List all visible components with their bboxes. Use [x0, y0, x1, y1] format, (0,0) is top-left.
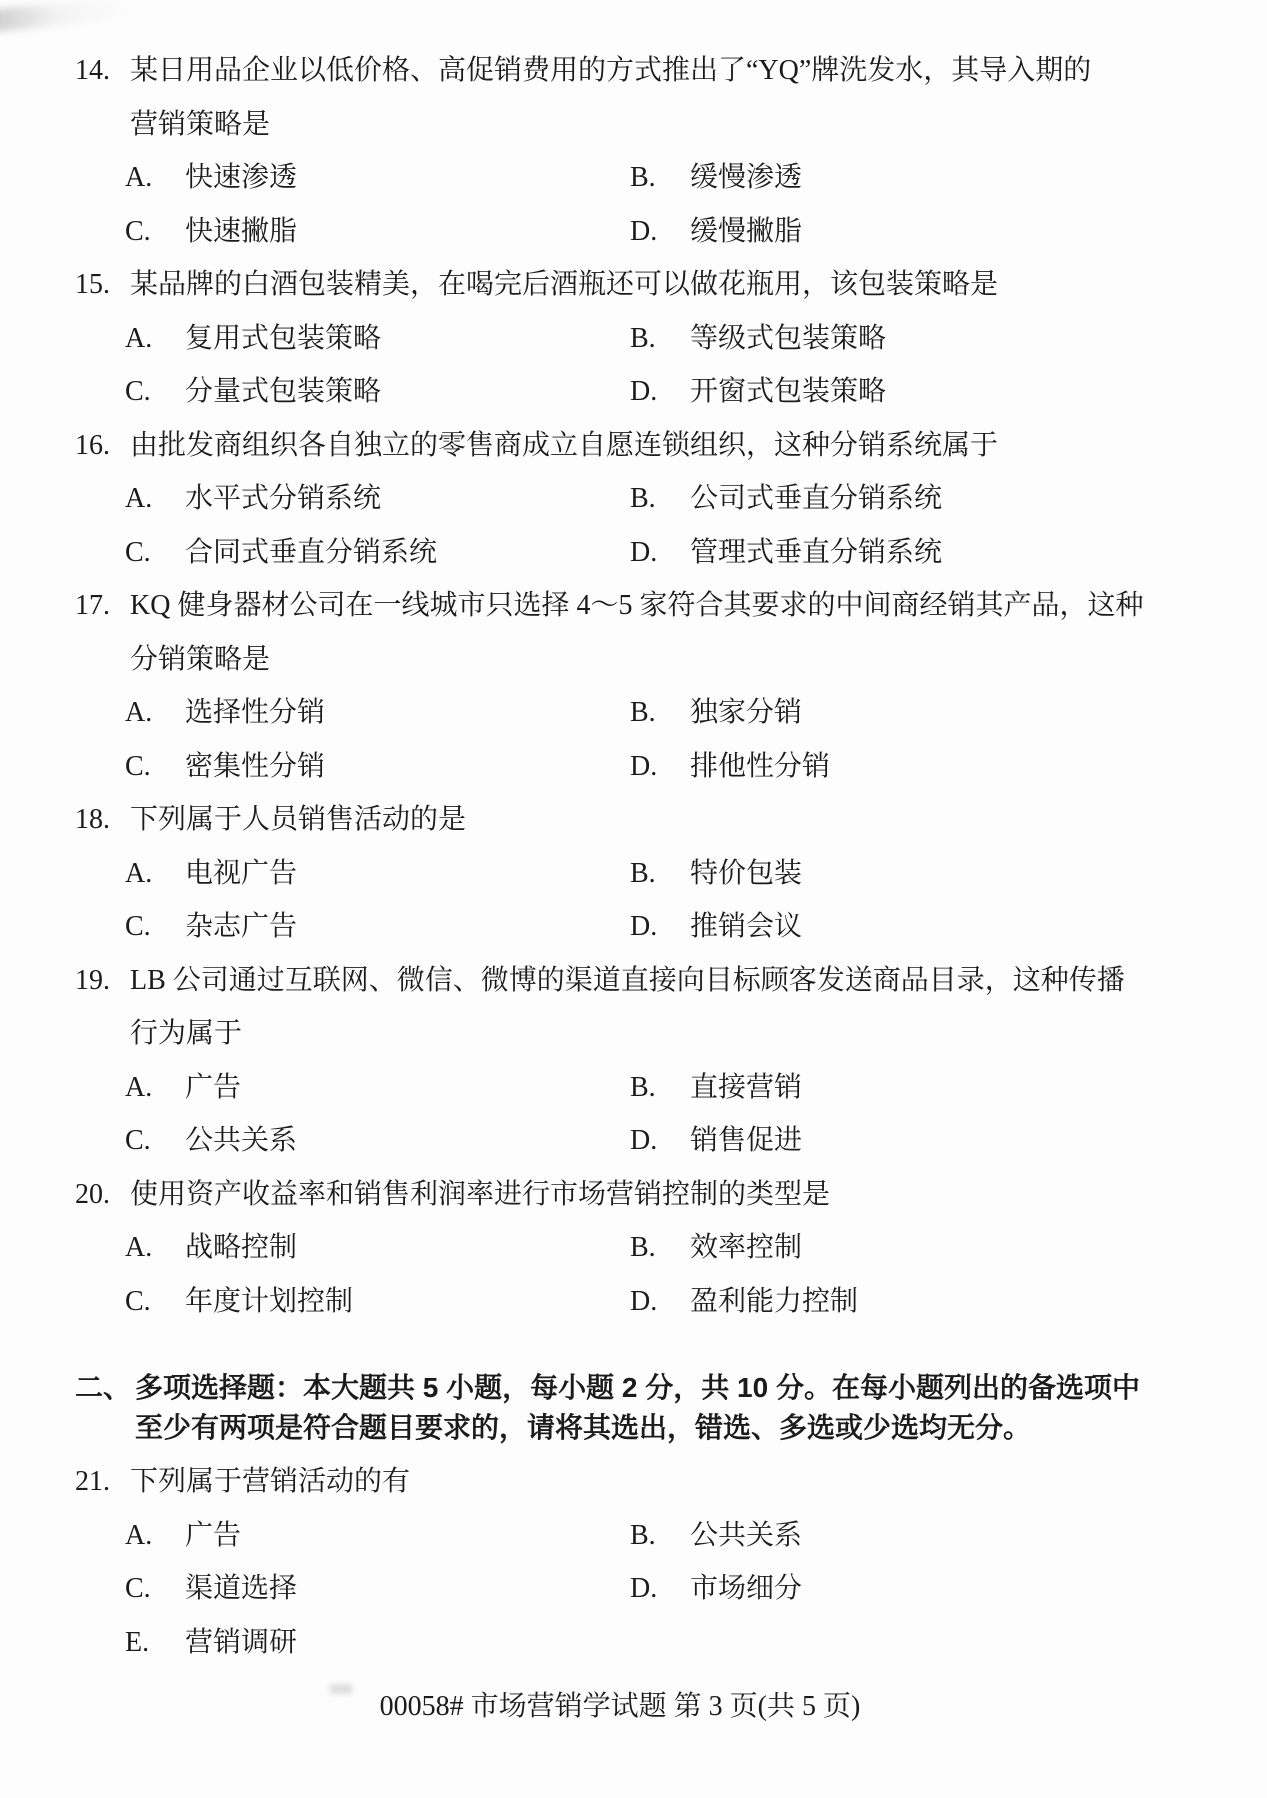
option-text: 杂志广告: [185, 900, 630, 954]
question-number: 19.: [75, 954, 130, 1061]
option-label: B.: [630, 151, 690, 205]
footer-text: 00058# 市场营销学试题 第 3 页(共 5 页): [380, 1691, 861, 1722]
question-text: 某日用品企业以低价格、高促销费用的方式推出了“YQ”牌洗发水，其导入期的 营销策…: [130, 44, 1185, 151]
options-row: A. 电视广告 B. 特价包装: [125, 847, 1185, 901]
exam-page: 14. 某日用品企业以低价格、高促销费用的方式推出了“YQ”牌洗发水，其导入期的…: [0, 0, 1267, 1798]
question-14: 14. 某日用品企业以低价格、高促销费用的方式推出了“YQ”牌洗发水，其导入期的…: [75, 44, 1185, 258]
option-label: D.: [630, 526, 690, 580]
option-14-b: B. 缓慢渗透: [630, 151, 1185, 205]
question-number: 20.: [75, 1168, 130, 1222]
page-footer: 00058# 市场营销学试题 第 3 页(共 5 页): [0, 1684, 1240, 1724]
option-text: 独家分销: [690, 686, 1185, 740]
option-label: C.: [125, 205, 185, 259]
options-row: C. 渠道选择 D. 市场细分: [125, 1562, 1185, 1616]
question-text: 某品牌的白酒包装精美，在喝完后酒瓶还可以做花瓶用，该包装策略是: [130, 258, 1185, 312]
option-label: D.: [630, 900, 690, 954]
option-text: 选择性分销: [185, 686, 630, 740]
question-15-options: A. 复用式包装策略 B. 等级式包装策略 C. 分量式包装策略 D.: [75, 312, 1185, 419]
option-text: 管理式垂直分销系统: [690, 526, 1185, 580]
option-label: B.: [630, 1061, 690, 1115]
question-18: 18. 下列属于人员销售活动的是 A. 电视广告 B. 特价包装 C.: [75, 793, 1185, 954]
option-text: 渠道选择: [185, 1562, 630, 1616]
options-row: A. 广告 B. 直接营销: [125, 1061, 1185, 1115]
option-text: 快速撇脂: [185, 205, 630, 259]
option-17-a: A. 选择性分销: [125, 686, 630, 740]
option-text: 特价包装: [690, 847, 1185, 901]
option-text: 密集性分销: [185, 740, 630, 794]
option-21-e: E. 营销调研: [125, 1616, 630, 1670]
option-19-c: C. 公共关系: [125, 1114, 630, 1168]
option-label: A.: [125, 1221, 185, 1275]
option-text: 广告: [185, 1061, 630, 1115]
option-14-a: A. 快速渗透: [125, 151, 630, 205]
options-row: A. 水平式分销系统 B. 公司式垂直分销系统: [125, 472, 1185, 526]
option-text: 盈利能力控制: [690, 1275, 1185, 1329]
question-14-options: A. 快速渗透 B. 缓慢渗透 C. 快速撇脂 D. 缓慢撇脂: [75, 151, 1185, 258]
options-row: C. 年度计划控制 D. 盈利能力控制: [125, 1275, 1185, 1329]
question-16: 16. 由批发商组织各自独立的零售商成立自愿连锁组织，这种分销系统属于 A. 水…: [75, 419, 1185, 580]
option-label: A.: [125, 847, 185, 901]
option-text: 公共关系: [185, 1114, 630, 1168]
option-text: 排他性分销: [690, 740, 1185, 794]
option-16-a: A. 水平式分销系统: [125, 472, 630, 526]
option-text: 复用式包装策略: [185, 312, 630, 366]
option-21-c: C. 渠道选择: [125, 1562, 630, 1616]
option-text: 战略控制: [185, 1221, 630, 1275]
options-row: C. 公共关系 D. 销售促进: [125, 1114, 1185, 1168]
option-label: C.: [125, 526, 185, 580]
option-16-c: C. 合同式垂直分销系统: [125, 526, 630, 580]
question-15-stem: 15. 某品牌的白酒包装精美，在喝完后酒瓶还可以做花瓶用，该包装策略是: [75, 258, 1185, 312]
option-text: 推销会议: [690, 900, 1185, 954]
options-row: A. 广告 B. 公共关系: [125, 1509, 1185, 1563]
option-19-b: B. 直接营销: [630, 1061, 1185, 1115]
options-row: C. 合同式垂直分销系统 D. 管理式垂直分销系统: [125, 526, 1185, 580]
question-number: 14.: [75, 44, 130, 151]
question-number: 21.: [75, 1455, 130, 1509]
option-label: A.: [125, 472, 185, 526]
question-19-stem: 19. LB 公司通过互联网、微信、微博的渠道直接向目标顾客发送商品目录，这种传…: [75, 954, 1185, 1061]
option-label: B.: [630, 1221, 690, 1275]
option-20-b: B. 效率控制: [630, 1221, 1185, 1275]
question-text: 使用资产收益率和销售利润率进行市场营销控制的类型是: [130, 1168, 1185, 1222]
option-text: 水平式分销系统: [185, 472, 630, 526]
question-17-options: A. 选择性分销 B. 独家分销 C. 密集性分销 D. 排他性: [75, 686, 1185, 793]
section-2-header: 二、 多项选择题：本大题共 5 小题，每小题 2 分，共 10 分。在每小题列出…: [75, 1368, 1185, 1448]
option-15-c: C. 分量式包装策略: [125, 365, 630, 419]
question-16-stem: 16. 由批发商组织各自独立的零售商成立自愿连锁组织，这种分销系统属于: [75, 419, 1185, 473]
option-label: C.: [125, 365, 185, 419]
question-17-stem: 17. KQ 健身器材公司在一线城市只选择 4～5 家符合其要求的中间商经销其产…: [75, 579, 1185, 686]
option-label: C.: [125, 740, 185, 794]
option-20-a: A. 战略控制: [125, 1221, 630, 1275]
option-text: 效率控制: [690, 1221, 1185, 1275]
option-text: 快速渗透: [185, 151, 630, 205]
option-label: D.: [630, 365, 690, 419]
question-20-options: A. 战略控制 B. 效率控制 C. 年度计划控制 D. 盈利能: [75, 1221, 1185, 1328]
options-row: C. 分量式包装策略 D. 开窗式包装策略: [125, 365, 1185, 419]
question-20-stem: 20. 使用资产收益率和销售利润率进行市场营销控制的类型是: [75, 1168, 1185, 1222]
option-18-c: C. 杂志广告: [125, 900, 630, 954]
option-text: 市场细分: [690, 1562, 1185, 1616]
option-text: 销售促进: [690, 1114, 1185, 1168]
option-text: 开窗式包装策略: [690, 365, 1185, 419]
option-label: D.: [630, 1275, 690, 1329]
option-text: 缓慢渗透: [690, 151, 1185, 205]
option-label: A.: [125, 151, 185, 205]
question-17: 17. KQ 健身器材公司在一线城市只选择 4～5 家符合其要求的中间商经销其产…: [75, 579, 1185, 793]
question-15: 15. 某品牌的白酒包装精美，在喝完后酒瓶还可以做花瓶用，该包装策略是 A. 复…: [75, 258, 1185, 419]
option-label: B.: [630, 686, 690, 740]
option-label: C.: [125, 1562, 185, 1616]
question-19-options: A. 广告 B. 直接营销 C. 公共关系 D. 销售促进: [75, 1061, 1185, 1168]
option-label: C.: [125, 1275, 185, 1329]
question-18-stem: 18. 下列属于人员销售活动的是: [75, 793, 1185, 847]
option-text: 公司式垂直分销系统: [690, 472, 1185, 526]
question-21-stem: 21. 下列属于营销活动的有: [75, 1455, 1185, 1509]
question-text: KQ 健身器材公司在一线城市只选择 4～5 家符合其要求的中间商经销其产品，这种…: [130, 579, 1185, 686]
option-17-b: B. 独家分销: [630, 686, 1185, 740]
question-text: 下列属于营销活动的有: [130, 1455, 1185, 1509]
options-row: A. 选择性分销 B. 独家分销: [125, 686, 1185, 740]
option-18-b: B. 特价包装: [630, 847, 1185, 901]
option-label: D.: [630, 1114, 690, 1168]
option-19-d: D. 销售促进: [630, 1114, 1185, 1168]
option-label: B.: [630, 847, 690, 901]
option-text: 公共关系: [690, 1509, 1185, 1563]
option-label: A.: [125, 1061, 185, 1115]
question-text: LB 公司通过互联网、微信、微博的渠道直接向目标顾客发送商品目录，这种传播 行为…: [130, 954, 1185, 1061]
option-text: 电视广告: [185, 847, 630, 901]
question-18-options: A. 电视广告 B. 特价包装 C. 杂志广告 D. 推销会议: [75, 847, 1185, 954]
option-label: B.: [630, 312, 690, 366]
option-text: 合同式垂直分销系统: [185, 526, 630, 580]
option-text: 营销调研: [185, 1616, 630, 1670]
question-number: 17.: [75, 579, 130, 686]
option-label: C.: [125, 900, 185, 954]
question-20: 20. 使用资产收益率和销售利润率进行市场营销控制的类型是 A. 战略控制 B.…: [75, 1168, 1185, 1329]
option-label: B.: [630, 472, 690, 526]
option-label: D.: [630, 740, 690, 794]
question-16-options: A. 水平式分销系统 B. 公司式垂直分销系统 C. 合同式垂直分销系统 D.: [75, 472, 1185, 579]
option-20-d: D. 盈利能力控制: [630, 1275, 1185, 1329]
question-text: 下列属于人员销售活动的是: [130, 793, 1185, 847]
option-16-d: D. 管理式垂直分销系统: [630, 526, 1185, 580]
option-label: A.: [125, 686, 185, 740]
option-14-d: D. 缓慢撇脂: [630, 205, 1185, 259]
options-row: C. 密集性分销 D. 排他性分销: [125, 740, 1185, 794]
option-18-d: D. 推销会议: [630, 900, 1185, 954]
question-number: 16.: [75, 419, 130, 473]
option-label: D.: [630, 205, 690, 259]
options-row: E. 营销调研: [125, 1616, 1185, 1670]
option-label: D.: [630, 1562, 690, 1616]
option-17-c: C. 密集性分销: [125, 740, 630, 794]
option-15-d: D. 开窗式包装策略: [630, 365, 1185, 419]
option-14-c: C. 快速撇脂: [125, 205, 630, 259]
option-text: 缓慢撇脂: [690, 205, 1185, 259]
options-row: A. 复用式包装策略 B. 等级式包装策略: [125, 312, 1185, 366]
option-21-d: D. 市场细分: [630, 1562, 1185, 1616]
option-15-a: A. 复用式包装策略: [125, 312, 630, 366]
option-label: C.: [125, 1114, 185, 1168]
question-21-options: A. 广告 B. 公共关系 C. 渠道选择 D. 市场细分: [75, 1509, 1185, 1670]
options-row: A. 快速渗透 B. 缓慢渗透: [125, 151, 1185, 205]
option-16-b: B. 公司式垂直分销系统: [630, 472, 1185, 526]
question-text: 由批发商组织各自独立的零售商成立自愿连锁组织，这种分销系统属于: [130, 419, 1185, 473]
option-18-a: A. 电视广告: [125, 847, 630, 901]
options-row: A. 战略控制 B. 效率控制: [125, 1221, 1185, 1275]
option-text: 等级式包装策略: [690, 312, 1185, 366]
option-17-d: D. 排他性分销: [630, 740, 1185, 794]
question-21: 21. 下列属于营销活动的有 A. 广告 B. 公共关系 C.: [75, 1455, 1185, 1669]
option-label: B.: [630, 1509, 690, 1563]
option-text: 年度计划控制: [185, 1275, 630, 1329]
option-label: A.: [125, 312, 185, 366]
option-text: 直接营销: [690, 1061, 1185, 1115]
option-label: E.: [125, 1616, 185, 1670]
option-21-a: A. 广告: [125, 1509, 630, 1563]
option-text: 分量式包装策略: [185, 365, 630, 419]
section-instructions: 多项选择题：本大题共 5 小题，每小题 2 分，共 10 分。在每小题列出的备选…: [135, 1368, 1185, 1448]
options-row: C. 快速撇脂 D. 缓慢撇脂: [125, 205, 1185, 259]
option-19-a: A. 广告: [125, 1061, 630, 1115]
question-14-stem: 14. 某日用品企业以低价格、高促销费用的方式推出了“YQ”牌洗发水，其导入期的…: [75, 44, 1185, 151]
option-text: 广告: [185, 1509, 630, 1563]
option-label: A.: [125, 1509, 185, 1563]
option-21-b: B. 公共关系: [630, 1509, 1185, 1563]
options-row: C. 杂志广告 D. 推销会议: [125, 900, 1185, 954]
exam-content: 14. 某日用品企业以低价格、高促销费用的方式推出了“YQ”牌洗发水，其导入期的…: [0, 0, 1267, 1669]
question-19: 19. LB 公司通过互联网、微信、微博的渠道直接向目标顾客发送商品目录，这种传…: [75, 954, 1185, 1168]
section-number: 二、: [75, 1368, 135, 1448]
question-number: 15.: [75, 258, 130, 312]
option-20-c: C. 年度计划控制: [125, 1275, 630, 1329]
question-number: 18.: [75, 793, 130, 847]
option-15-b: B. 等级式包装策略: [630, 312, 1185, 366]
